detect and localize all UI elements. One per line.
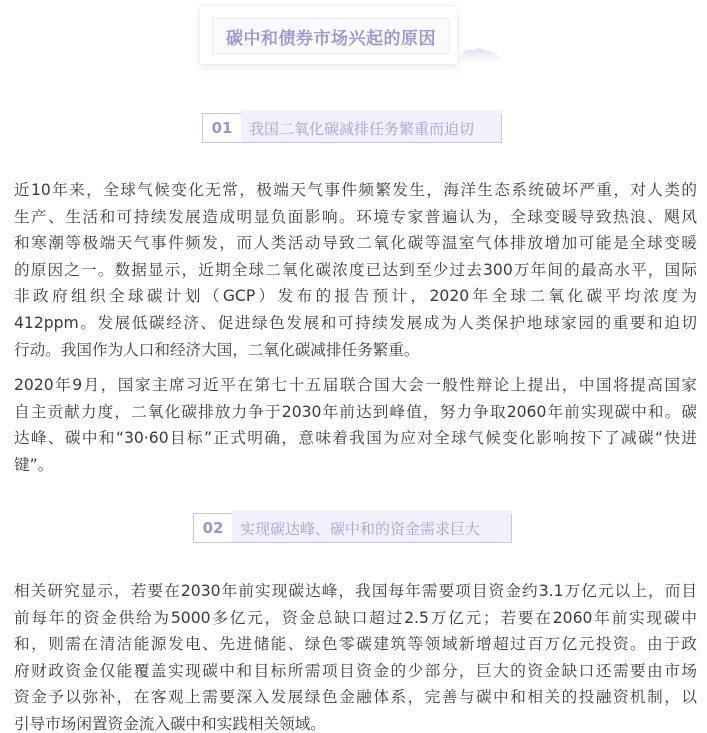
paragraph-line: 412ppm。发展低碳经济、促进绿色发展和可持续发展成为人类保护地球家园的重要和… (14, 310, 697, 337)
section-heading-label: 我国二氧化碳减排任务繁重而迫切 (249, 118, 474, 139)
paragraph-line: 前每年的资金供给为5000多亿元，资金总缺口超过2.5万亿元；若要在2060年前… (14, 605, 697, 632)
paragraph-line: 生产、生活和可持续发展造成明显负面影响。环境专家普遍认为，全球变暖导致热浪、飓风 (14, 204, 697, 231)
paragraph-line: 引导市场闲置资金流入碳中和实践相关领域。 (14, 711, 697, 733)
paragraph-line: 和，则需在清洁能源发电、先进储能、绿色零碳建筑等领域新增超过百万亿元投资。由于政 (14, 631, 697, 658)
section-number: 02 (194, 514, 232, 542)
section-heading-text: 实现碳达峰、碳中和的资金需求巨大 (232, 514, 511, 542)
paragraph-line: 行动。我国作为人口和经济大国，二氧化碳减排任务繁重。 (14, 337, 697, 364)
paragraph-line: 达峰、碳中和“30·60目标”正式明确，意味着我国为应对全球气候变化影响按下了减… (14, 425, 697, 452)
article-title: 碳中和债券市场兴起的原因 (226, 24, 436, 49)
paragraph-line: 近10年来，全球气候变化无常，极端天气事件频繁发生，海洋生态系统破坏严重，对人类… (14, 177, 697, 204)
article-title-banner: 碳中和债券市场兴起的原因 (200, 6, 457, 64)
section-heading-01: 01 我国二氧化碳减排任务繁重而迫切 (202, 113, 502, 143)
paragraph-line: 资金予以弥补，在客观上需要深入发展绿色金融体系，完善与碳中和相关的投融资机制，以 (14, 684, 697, 711)
section-heading-text: 我国二氧化碳减排任务繁重而迫切 (241, 114, 501, 142)
body-paragraph-2: 2020年9月，国家主席习近平在第七十五届联合国大会一般性辩论上提出，中国将提高… (14, 372, 697, 478)
body-paragraph-3: 相关研究显示，若要在2030年前实现碳达峰，我国每年需要项目资金约3.1万亿元以… (14, 578, 697, 733)
paragraph-line: 的原因之一。数据显示，近期全球二氧化碳浓度已达到至少过去300万年间的最高水平，… (14, 257, 697, 284)
body-paragraph-1: 近10年来，全球气候变化无常，极端天气事件频繁发生，海洋生态系统破坏严重，对人类… (14, 177, 697, 363)
paragraph-line: 自主贡献力度，二氧化碳排放力争于2030年前达到峰值，努力争取2060年前实现碳… (14, 399, 697, 426)
paragraph-line: 府财政资金仅能覆盖实现碳中和目标所需项目资金的少部分，巨大的资金缺口还需要由市场 (14, 658, 697, 685)
paragraph-line: 和寒潮等极端天气事件频发，而人类活动导致二氧化碳等温室气体排放增加可能是全球变暖 (14, 230, 697, 257)
paragraph-line: 非政府组织全球碳计划（GCP）发布的报告预计，2020年全球二氧化碳平均浓度为 (14, 283, 697, 310)
section-heading-02: 02 实现碳达峰、碳中和的资金需求巨大 (193, 513, 512, 543)
paragraph-line: 相关研究显示，若要在2030年前实现碳达峰，我国每年需要项目资金约3.1万亿元以… (14, 578, 697, 605)
article-title-frame: 碳中和债券市场兴起的原因 (212, 18, 450, 54)
section-number: 01 (203, 114, 241, 142)
paragraph-line: 键”。 (14, 452, 697, 479)
cloud-decoration-icon (456, 42, 504, 64)
section-heading-label: 实现碳达峰、碳中和的资金需求巨大 (240, 518, 480, 539)
paragraph-line: 2020年9月，国家主席习近平在第七十五届联合国大会一般性辩论上提出，中国将提高… (14, 372, 697, 399)
